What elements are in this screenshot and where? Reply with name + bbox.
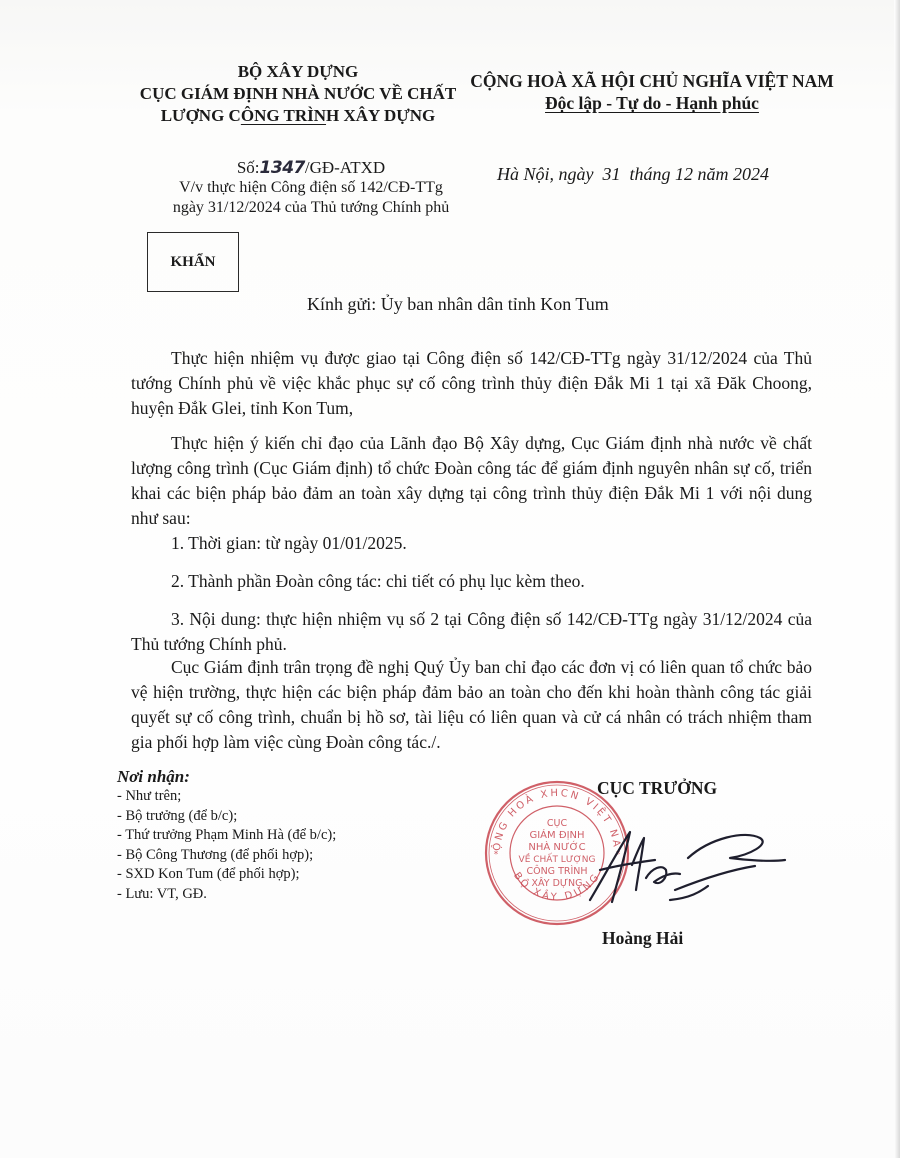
- department-name-line2: LƯỢNG CÔNG TRÌNH XÂY DỰNG: [118, 105, 478, 127]
- department-name-line1: CỤC GIÁM ĐỊNH NHÀ NƯỚC VỀ CHẤT: [118, 83, 478, 105]
- paragraph-text: Thực hiện nhiệm vụ được giao tại Công đi…: [131, 346, 812, 421]
- issuing-agency-header: BỘ XÂY DỰNG CỤC GIÁM ĐỊNH NHÀ NƯỚC VỀ CH…: [118, 61, 478, 127]
- signer-title: CỤC TRƯỞNG: [597, 778, 717, 799]
- content-item: 3. Nội dung: thực hiện nhiệm vụ số 2 tại…: [131, 607, 812, 657]
- distribution-item: - Lưu: VT, GĐ.: [117, 885, 336, 905]
- department-line2-end: H XÂY DỰNG: [326, 106, 435, 125]
- distribution-list: Nơi nhận: - Như trên; - Bộ trưởng (để b/…: [117, 767, 336, 904]
- distribution-item: - Bộ Công Thương (để phối hợp);: [117, 846, 336, 866]
- subject-line-1: V/v thực hiện Công điện số 142/CĐ-TTg: [150, 178, 472, 198]
- addressee: Kính gửi: Ủy ban nhân dân tỉnh Kon Tum: [307, 294, 609, 315]
- national-motto: Độc lập - Tự do - Hạnh phúc: [462, 92, 842, 114]
- subject-line-2: ngày 31/12/2024 của Thủ tướng Chính phủ: [150, 198, 472, 218]
- paragraph-text: Cục Giám định trân trọng đề nghị Quý Ủy …: [131, 655, 812, 755]
- distribution-item: - Thứ trưởng Phạm Minh Hà (để b/c);: [117, 826, 336, 846]
- content-item: 2. Thành phần Đoàn công tác: chi tiết có…: [131, 569, 812, 594]
- national-header: CỘNG HOÀ XÃ HỘI CHỦ NGHĨA VIỆT NAM Độc l…: [462, 70, 842, 114]
- country-name: CỘNG HOÀ XÃ HỘI CHỦ NGHĨA VIỆT NAM: [462, 70, 842, 92]
- svg-text:CỤC: CỤC: [547, 818, 568, 829]
- document-number: Số:1347/GĐ-ATXD: [150, 158, 472, 178]
- body-paragraph-2: Thực hiện ý kiến chỉ đạo của Lãnh đạo Bộ…: [131, 431, 812, 531]
- number-prefix: Số:: [237, 158, 260, 177]
- handwritten-number: 1347: [260, 158, 305, 178]
- distribution-item: - SXD Kon Tum (để phối hợp);: [117, 865, 336, 885]
- urgency-label: KHẨN: [171, 254, 216, 271]
- ministry-name: BỘ XÂY DỰNG: [118, 61, 478, 83]
- body-paragraph-3: Cục Giám định trân trọng đề nghị Quý Ủy …: [131, 655, 812, 755]
- signer-name: Hoàng Hải: [602, 928, 683, 949]
- handwritten-signature-icon: [570, 820, 790, 910]
- content-item: 1. Thời gian: từ ngày 01/01/2025.: [131, 531, 812, 556]
- urgency-box: KHẨN: [147, 232, 239, 292]
- department-line2-start: LƯỢNG C: [161, 106, 241, 125]
- distribution-item: - Như trên;: [117, 787, 336, 807]
- number-suffix: /GĐ-ATXD: [305, 158, 385, 177]
- body-paragraph-1: Thực hiện nhiệm vụ được giao tại Công đi…: [131, 346, 812, 421]
- department-line2-underlined: ÔNG TRÌN: [241, 106, 326, 125]
- paragraph-text: Thực hiện ý kiến chỉ đạo của Lãnh đạo Bộ…: [131, 431, 812, 531]
- svg-text:*: *: [494, 850, 499, 860]
- issue-date: Hà Nội, ngày 31 tháng 12 năm 2024: [497, 164, 769, 185]
- document-page: BỘ XÂY DỰNG CỤC GIÁM ĐỊNH NHÀ NƯỚC VỀ CH…: [0, 0, 900, 1158]
- distribution-title: Nơi nhận:: [117, 767, 336, 787]
- page-edge-shadow: [894, 0, 900, 1158]
- reference-block: Số:1347/GĐ-ATXD V/v thực hiện Công điện …: [150, 158, 472, 218]
- distribution-item: - Bộ trưởng (để b/c);: [117, 807, 336, 827]
- content-items: 1. Thời gian: từ ngày 01/01/2025. 2. Thà…: [131, 531, 812, 657]
